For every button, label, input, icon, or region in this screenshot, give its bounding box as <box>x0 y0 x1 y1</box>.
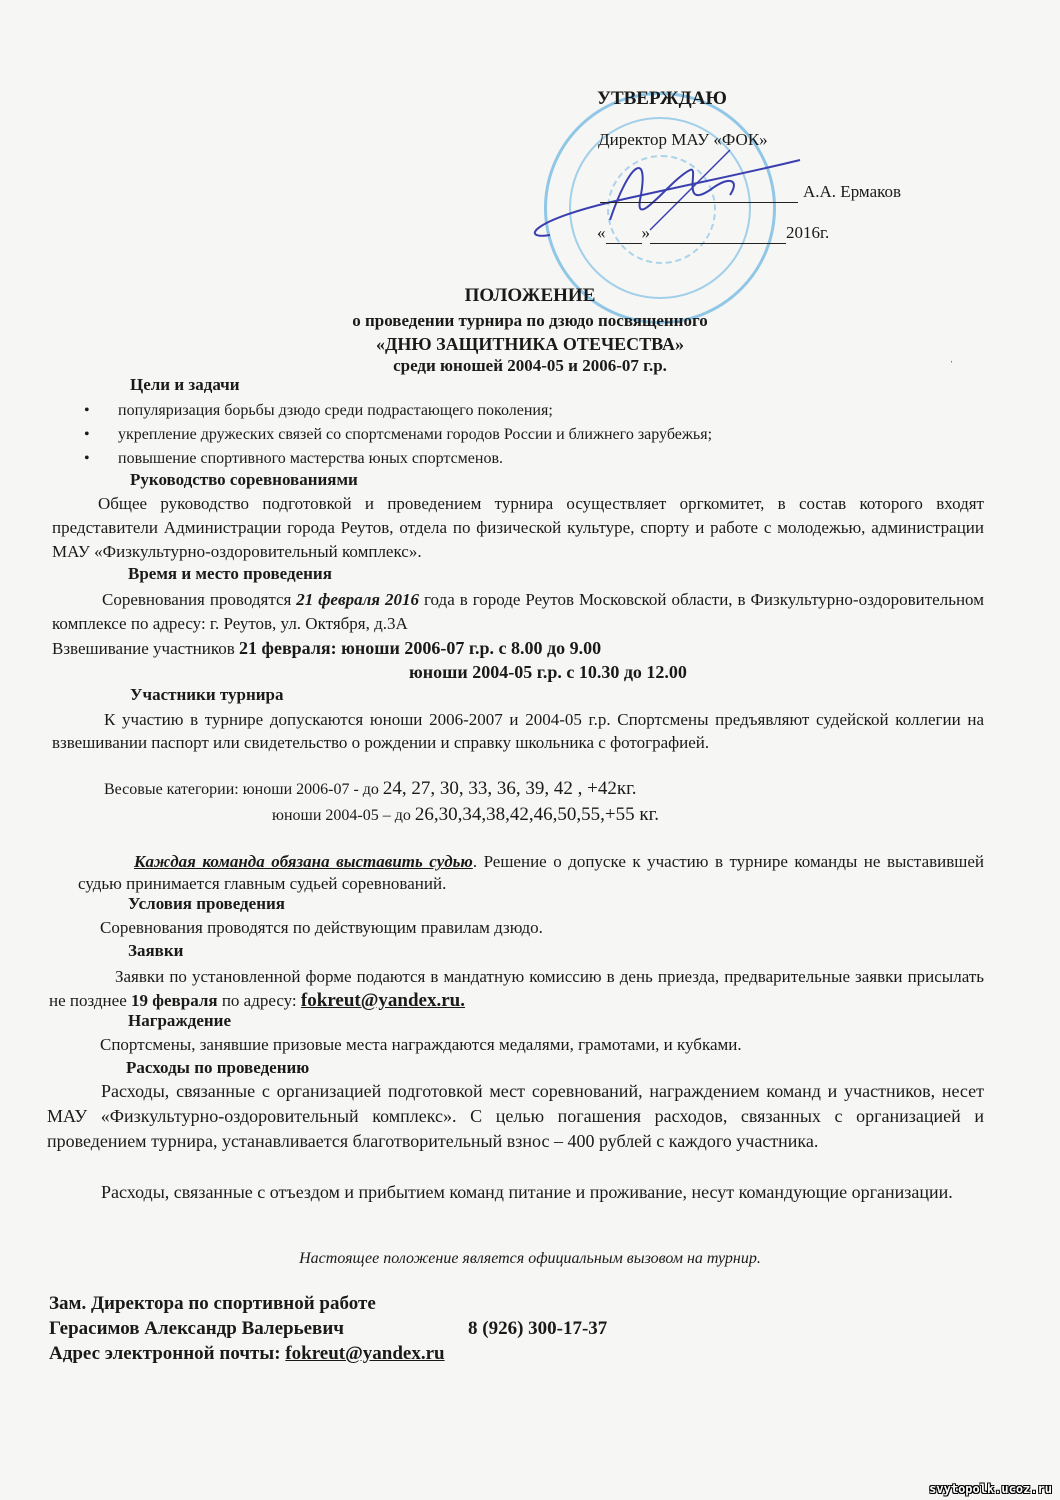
applications-deadline: 19 февраля <box>131 991 218 1010</box>
contact-email-line: Адрес электронной почты: fokreut@yandex.… <box>49 1343 445 1365</box>
time-place-text-pre: Соревнования проводятся <box>102 590 296 609</box>
section-heading-goals: Цели и задачи <box>130 375 240 395</box>
list-item: повышение спортивного мастерства юных сп… <box>82 447 712 471</box>
section-heading-awards: Награждение <box>128 1011 231 1031</box>
weights-label-2: юноши 2004-05 – до <box>272 807 415 824</box>
official-call-note: Настоящее положение является официальным… <box>0 1250 1060 1268</box>
approval-name: А.А. Ермаков <box>803 182 901 202</box>
weights-values-1: 24, 27, 30, 33, 36, 39, 42 , +42кг. <box>383 778 637 799</box>
weigh-in-line: Взвешивание участников 21 февраля: юноши… <box>52 638 601 659</box>
signature-line <box>600 202 798 203</box>
list-item: популяризация борьбы дзюдо среди подраст… <box>82 399 712 423</box>
weigh-in-first: 21 февраля: юноши 2006-07 г.р. с 8.00 до… <box>239 638 601 658</box>
event-date: 21 февраля 2016 <box>296 590 419 609</box>
weigh-in-label: Взвешивание участников <box>52 639 239 658</box>
contact-phone: 8 (926) 300-17-37 <box>468 1318 607 1340</box>
date-year: 2016г. <box>786 223 829 242</box>
approval-title: УТВЕРЖДАЮ <box>597 88 727 110</box>
weights-line-2: юноши 2004-05 – до 26,30,34,38,42,46,50,… <box>272 804 659 826</box>
site-watermark: svytopolk.ucoz.ru <box>929 1482 1052 1496</box>
section-heading-expenses: Расходы по проведению <box>126 1058 309 1078</box>
weigh-in-second: юноши 2004-05 г.р. с 10.30 до 12.00 <box>409 662 687 683</box>
participants-text: К участию в турнире допускаются юноши 20… <box>52 708 984 754</box>
time-place-text: Соревнования проводятся 21 февраля 2016 … <box>52 588 984 636</box>
approval-date: « » 2016г. <box>597 223 861 244</box>
applications-email-link[interactable]: fokreut@yandex.ru. <box>301 990 465 1011</box>
contact-name: Герасимов Александр Валерьевич <box>49 1318 344 1340</box>
management-text: Общее руководство подготовкой и проведен… <box>52 492 984 564</box>
section-heading-participants: Участники турнира <box>130 685 284 705</box>
date-month-line <box>650 223 786 244</box>
document-title: ПОЛОЖЕНИЕ <box>0 285 1060 307</box>
judge-requirement-emph: Каждая команда обязана выставить судью <box>134 852 473 871</box>
document-subtitle-2: «ДНЮ ЗАЩИТНИКА ОТЕЧЕСТВА» <box>0 334 1060 355</box>
section-heading-management: Руководство соревнованиями <box>130 470 358 490</box>
awards-text: Спортсмены, занявшие призовые места нагр… <box>100 1035 742 1055</box>
expenses-text-2: Расходы, связанные с отъездом и прибытие… <box>47 1180 984 1205</box>
section-heading-applications: Заявки <box>128 941 183 961</box>
contact-email-label: Адрес электронной почты: <box>49 1343 285 1364</box>
scan-speck: ˌ <box>950 352 953 363</box>
weights-values-2: 26,30,34,38,42,46,50,55,+55 кг. <box>415 804 659 825</box>
document-subtitle-3: среди юношей 2004-05 и 2006-07 г.р. <box>0 356 1060 376</box>
contact-email-link[interactable]: fokreut@yandex.ru <box>285 1343 444 1364</box>
section-heading-conditions: Условия проведения <box>128 894 285 914</box>
goals-list: популяризация борьбы дзюдо среди подраст… <box>82 399 712 471</box>
applications-text: Заявки по установленной форме подаются в… <box>49 965 984 1013</box>
judge-requirement: Каждая команда обязана выставить судью. … <box>78 851 984 895</box>
list-item: укрепление дружеских связей со спортсмен… <box>82 423 712 447</box>
document-subtitle-1: о проведении турнира по дзюдо посвященно… <box>0 311 1060 331</box>
section-heading-time-place: Время и место проведения <box>128 564 332 584</box>
date-close-quote: » <box>642 223 651 243</box>
approval-director: Директор МАУ «ФОК» <box>598 130 768 150</box>
weights-label-1: Весовые категории: юноши 2006-07 - до <box>104 781 383 798</box>
applications-text-mid: по адресу: <box>218 991 301 1010</box>
weights-line-1: Весовые категории: юноши 2006-07 - до 24… <box>104 778 637 800</box>
date-day-line <box>606 223 642 244</box>
date-open-quote: « <box>597 223 606 243</box>
contact-position: Зам. Директора по спортивной работе <box>49 1293 376 1315</box>
expenses-text-1: Расходы, связанные с организацией подгот… <box>47 1079 984 1154</box>
conditions-text: Соревнования проводятся по действующим п… <box>100 918 543 938</box>
